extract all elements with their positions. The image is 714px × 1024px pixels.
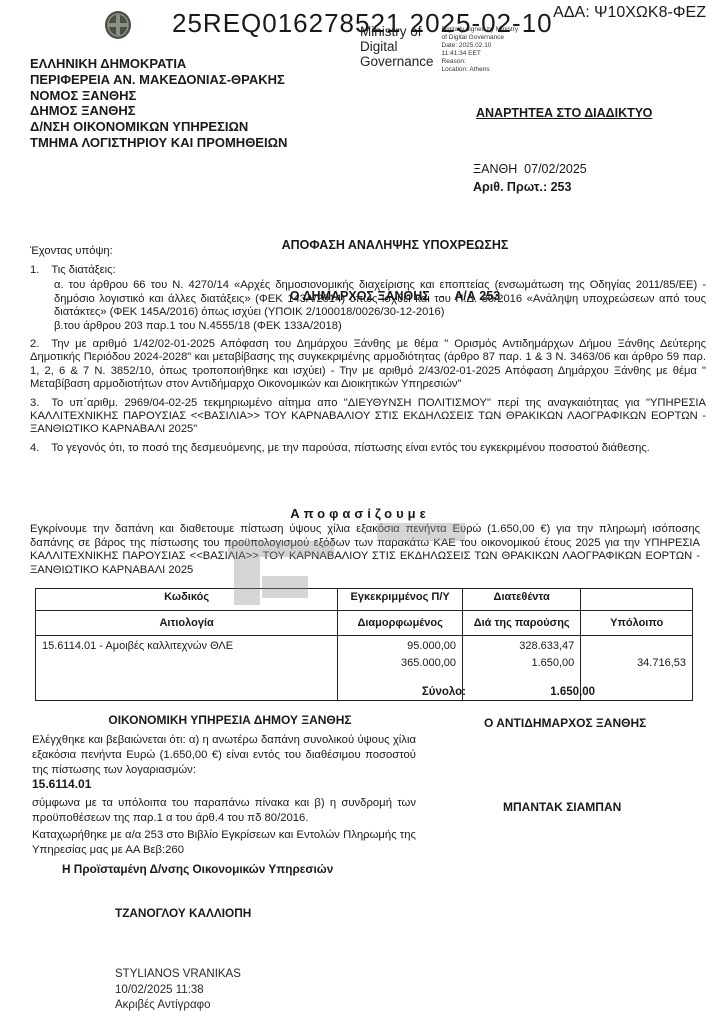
- total-label: Σύνολο:: [338, 686, 466, 698]
- org-line: ΕΛΛΗΝΙΚΗ ΔΗΜΟΚΡΑΤΙΑ: [30, 56, 287, 72]
- title-line-1: ΑΠΟΦΑΣΗ ΑΝΑΛΗΨΗΣ ΥΠΟΧΡΕΩΣΗΣ: [75, 237, 714, 254]
- deputy-mayor-name: ΜΠΑΝΤΑΚ ΣΙΑΜΠΑΝ: [503, 800, 621, 814]
- org-line: ΝΟΜΟΣ ΞΑΝΘΗΣ: [30, 88, 287, 104]
- financial-service-heading: ΟΙΚΟΝΟΜΙΚΗ ΥΠΗΡΕΣΙΑ ΔΗΜΟΥ ΞΑΝΘΗΣ: [30, 713, 430, 727]
- table-header-row-2: Αιτιολογία Διαμορφωμένος Διά της παρούση…: [36, 611, 693, 636]
- header-approved-budget: Εγκεκριμμένος Π/Υ: [338, 589, 463, 611]
- signature-note: Ακριβές Αντίγραφο: [115, 998, 241, 1014]
- balance-spacer: [587, 638, 686, 655]
- cell-balance: 34.716,53: [581, 636, 693, 701]
- issuing-authority-block: ΕΛΛΗΝΙΚΗ ΔΗΜΟΚΡΑΤΙΑ ΠΕΡΙΦΕΡΕΙΑ ΑΝ. ΜΑΚΕΔ…: [30, 56, 287, 151]
- header-code: Κωδικός: [36, 589, 338, 611]
- balance-amount: 34.716,53: [587, 655, 686, 672]
- formed-amount: 365.000,00: [344, 655, 456, 672]
- consideration-subitem-b: β.του άρθρου 203 παρ.1 του Ν.4555/18 (ΦΕ…: [54, 320, 706, 333]
- consideration-item-2: 2.Την με αριθμό 1/42/02-01-2025 Απόφαση …: [30, 338, 706, 392]
- document-page: 25REQ016278521 2025-02-10 ΑΔΑ: Ψ10ΧΩΚ8-Φ…: [0, 0, 714, 1024]
- header-empty: [581, 589, 693, 611]
- audit-paragraph-2: σύμφωνα με τα υπόλοιπα του παραπάνω πίνα…: [32, 796, 416, 826]
- org-line: ΠΕΡΙΦΕΡΕΙΑ ΑΝ. ΜΑΚΕΔΟΝΙΑΣ-ΘΡΑΚΗΣ: [30, 72, 287, 88]
- allocated-amount: 328.633,47: [469, 638, 574, 655]
- cell-code-description: 15.6114.01 - Αμοιβές καλλιτεχνών ΘΛΕ: [36, 636, 338, 701]
- adam-registry-number: 25REQ016278521 2025-02-10: [172, 8, 553, 39]
- total-value: 1.650,00: [463, 686, 595, 698]
- consideration-item-1: 1.Τις διατάξεις:: [30, 264, 706, 277]
- consideration-item-4: 4.Το γεγονός ότι, το ποσό της δεσμευόμεν…: [30, 442, 706, 455]
- approved-amount: 95.000,00: [344, 638, 456, 655]
- finance-director-title: Η Προϊσταμένη Δ/νσης Οικονομικών Υπηρεσι…: [62, 862, 333, 876]
- preamble-label: Έχοντας υπόψη:: [30, 245, 113, 257]
- finance-director-name: ΤΖΑΝΟΓΛΟΥ ΚΑΛΛΙΟΠΗ: [115, 906, 251, 920]
- bottom-signature-block: STYLIANOS VRANIKAS 10/02/2025 11:38 Ακρι…: [115, 967, 241, 1014]
- consideration-item-3: 3.Το υπ΄αριθμ. 2969/04-02-25 τεκμηριωμέν…: [30, 397, 706, 437]
- greek-emblem-icon: [103, 9, 133, 41]
- org-line: ΤΜΗΜΑ ΛΟΓΙΣΤΗΡΙΟΥ ΚΑΙ ΠΡΟΜΗΘΕΙΩΝ: [30, 135, 287, 151]
- header-formed: Διαμορφωμένος: [338, 611, 463, 636]
- org-line: Δ/ΝΣΗ ΟΙΚΟΝΟΜΙΚΩΝ ΥΠΗΡΕΣΙΩΝ: [30, 119, 287, 135]
- table-header-row-1: Κωδικός Εγκεκριμμένος Π/Υ Διατεθέντα: [36, 589, 693, 611]
- header-allocated: Διατεθέντα: [463, 589, 581, 611]
- header-balance: Υπόλοιπο: [581, 611, 693, 636]
- audit-account-code: 15.6114.01: [32, 777, 91, 791]
- org-line: ΔΗΜΟΣ ΞΑΝΘΗΣ: [30, 103, 287, 119]
- decision-paragraph: Εγκρίνουμε την δαπάνη και διαθετουμε πίσ…: [30, 523, 700, 577]
- deputy-mayor-title: Ο ΑΝΤΙΔΗΜΑΡΧΟΣ ΞΑΝΘΗΣ: [484, 716, 646, 730]
- ada-code: ΑΔΑ: Ψ10ΧΩΚ8-ΦΕΖ: [553, 4, 706, 22]
- place-and-date: ΞΑΝΘΗ 07/02/2025: [473, 162, 587, 176]
- protocol-number: Αριθ. Πρωτ.: 253: [473, 180, 571, 194]
- audit-paragraph-3: Καταχωρήθηκε με α/α 253 στο Βιβλίο Εγκρί…: [32, 828, 416, 858]
- considerations-list: 1.Τις διατάξεις: α. του άρθρου 66 του Ν.…: [30, 264, 706, 460]
- current-amount: 1.650,00: [469, 655, 574, 672]
- header-justification: Αιτιολογία: [36, 611, 338, 636]
- signer-name: STYLIANOS VRANIKAS: [115, 967, 241, 983]
- budget-table: Κωδικός Εγκεκριμμένος Π/Υ Διατεθέντα Αιτ…: [35, 588, 693, 701]
- consideration-subitem-a: α. του άρθρου 66 του Ν. 4270/14 «Αρχές δ…: [54, 279, 706, 319]
- header-by-present: Διά της παρούσης: [463, 611, 581, 636]
- audit-paragraph-1: Ελέγχθηκε και βεβαιώνεται ότι: α) η ανωτ…: [32, 733, 416, 777]
- decision-heading: Αποφασίζουμε: [30, 506, 690, 521]
- signature-datetime: 10/02/2025 11:38: [115, 983, 241, 999]
- internet-posting-label: ΑΝΑΡΤΗΤΕΑ ΣΤΟ ΔΙΑΔΙΚΤΥΟ: [476, 106, 652, 120]
